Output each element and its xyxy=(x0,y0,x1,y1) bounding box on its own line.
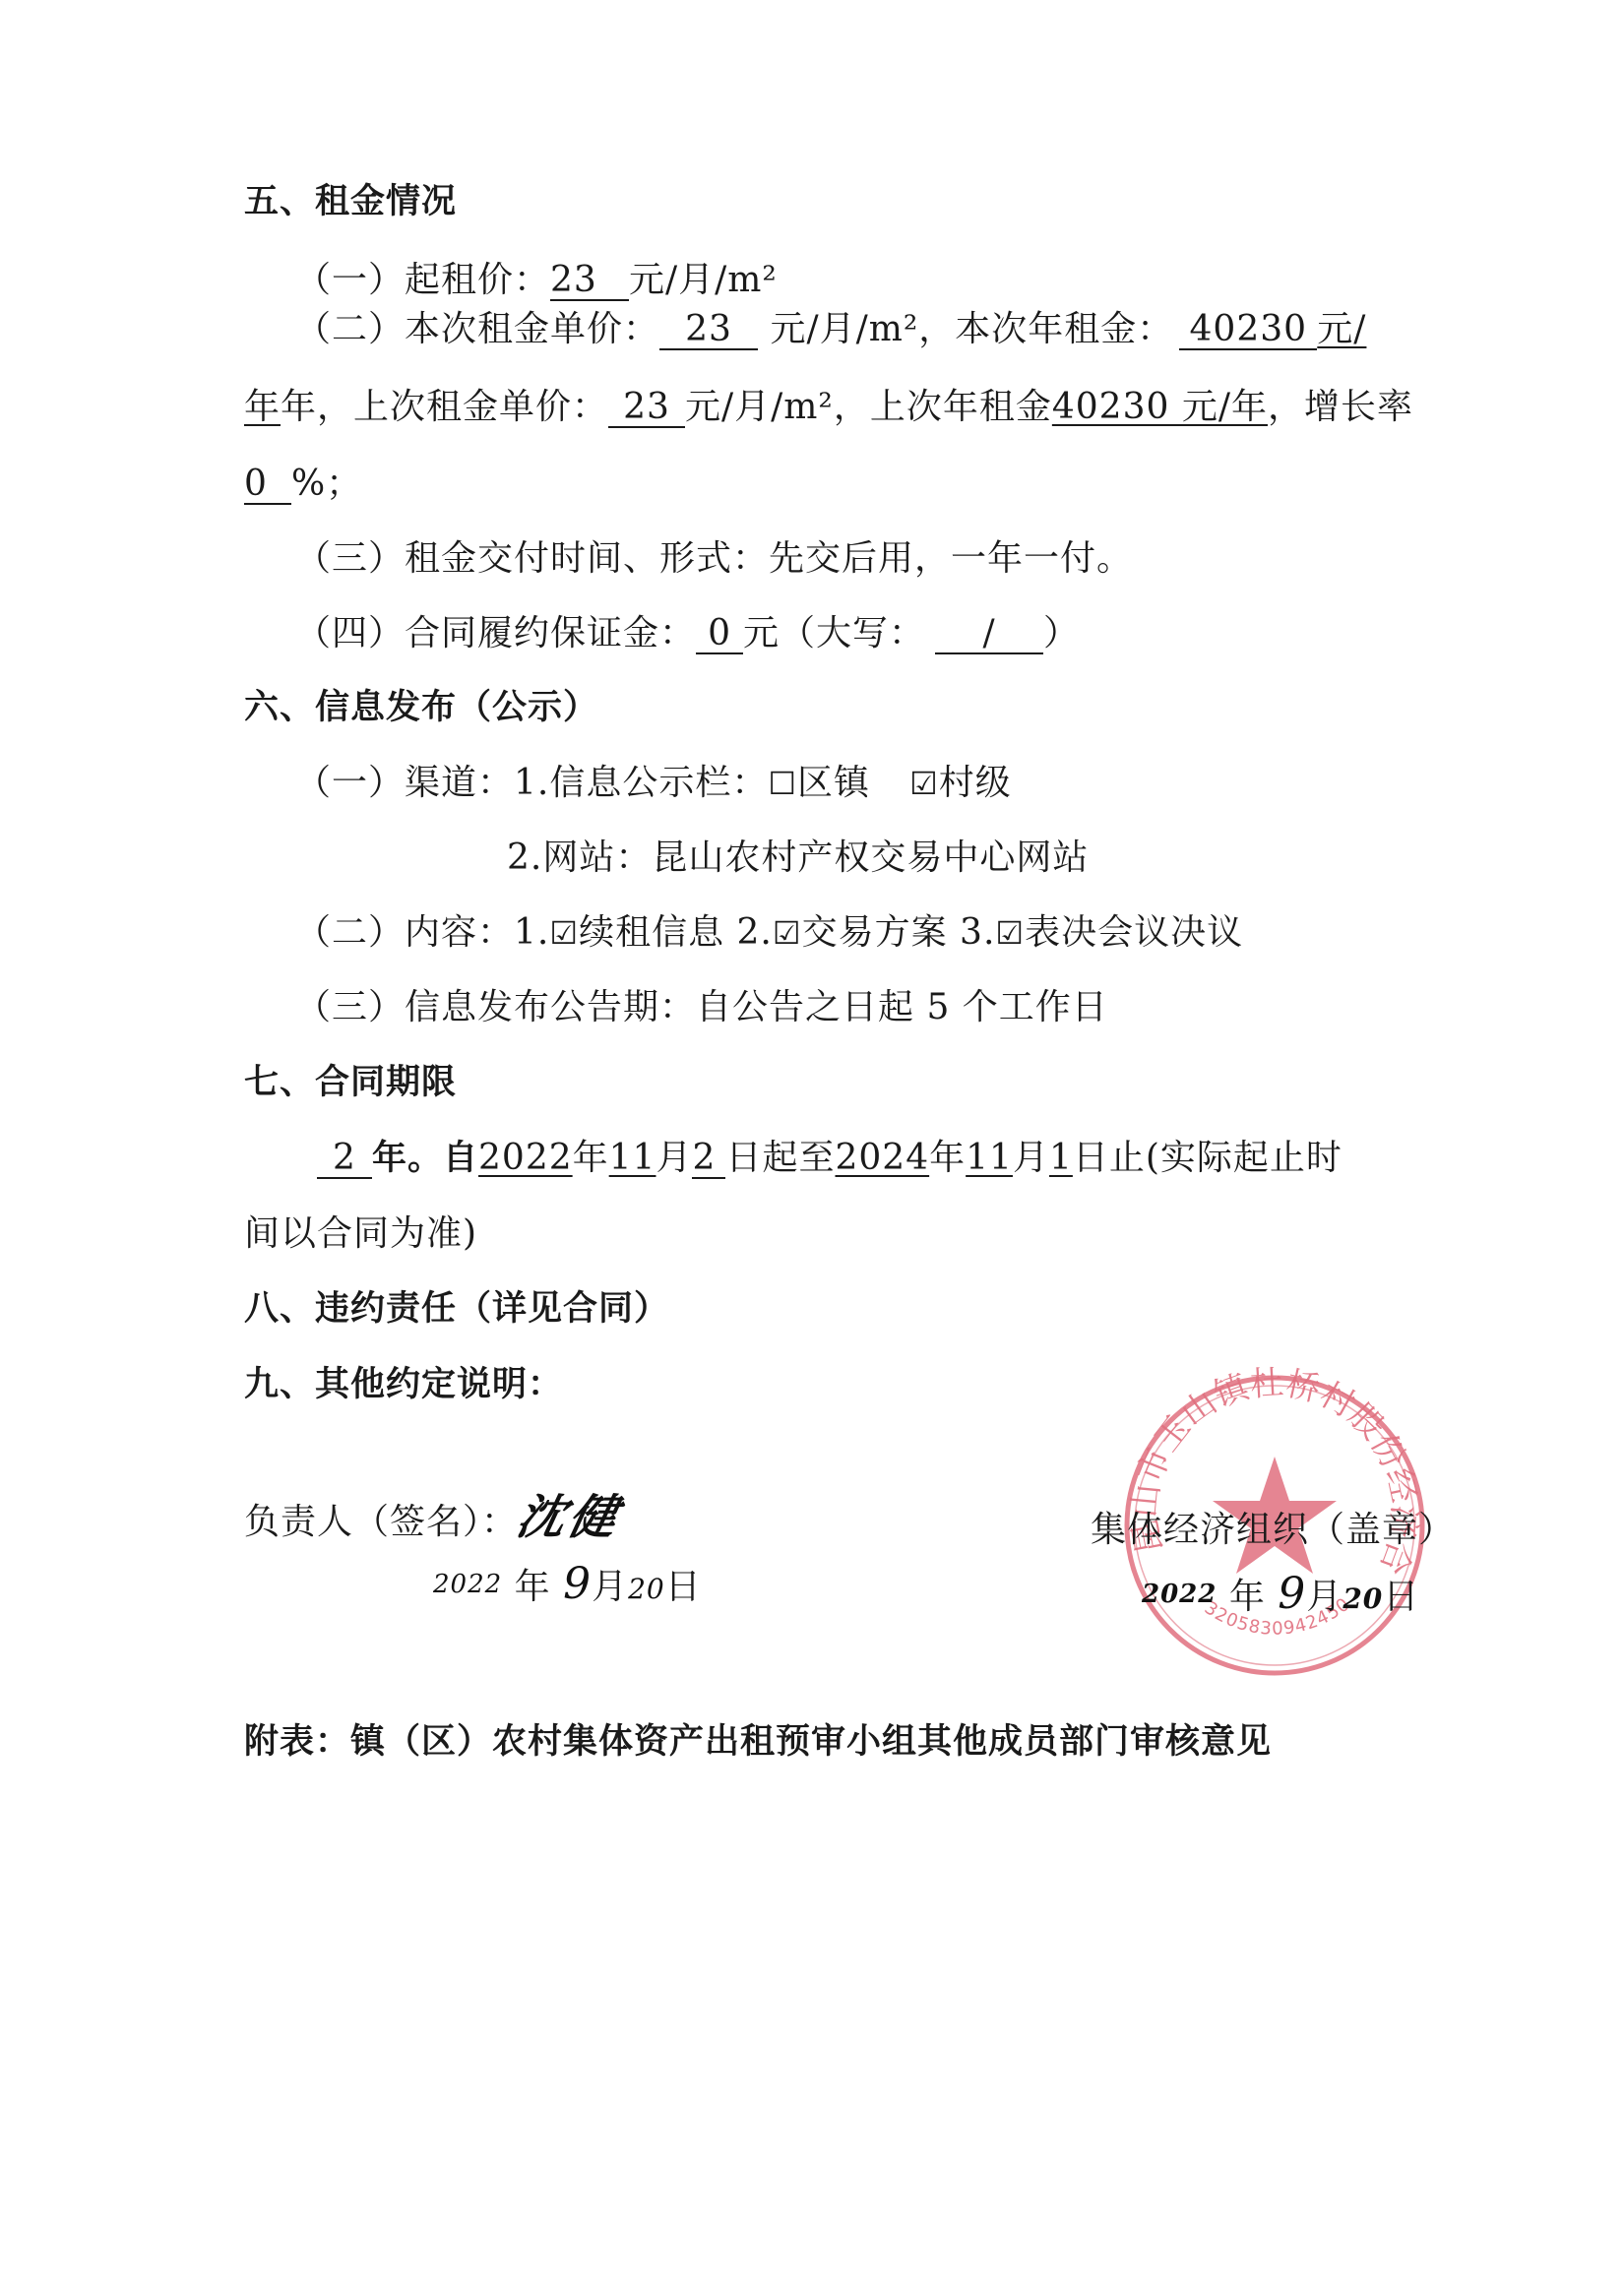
channels-label: （一）渠道：1.信息公示栏： xyxy=(295,763,768,803)
section-9-title: 九、其他约定说明： xyxy=(244,1363,563,1406)
growth-label: ，增长率 xyxy=(1268,387,1413,427)
document-page: 五、租金情况 （一）起租价：23元/月/m² （二）本次租金单价：23 元/月/… xyxy=(0,0,1624,2296)
contract-term-line-2: 间以合同为准) xyxy=(244,1212,477,1256)
appendix-title: 附表：镇（区）农村集体资产出租预审小组其他成员部门审核意见 xyxy=(244,1720,1272,1764)
date-text: 日 xyxy=(1383,1577,1419,1617)
content-item-num: 3. xyxy=(960,912,995,953)
right-date-year: 2022 xyxy=(1142,1580,1217,1609)
term-text: 月 xyxy=(1013,1138,1049,1178)
organization-seal-label: 集体经济组织（盖章） xyxy=(1091,1509,1455,1552)
left-date-year: 2022 xyxy=(433,1570,502,1599)
publication-period: （三）信息发布公告期：自公告之日起 5 个工作日 xyxy=(295,986,1108,1029)
starting-rent-unit: 元/月/m² xyxy=(629,260,778,300)
payment-terms: （三）租金交付时间、形式：先交后用，一年一付。 xyxy=(295,537,1133,581)
start-month: 11 xyxy=(609,1138,656,1178)
deposit-line: （四）合同履约保证金：0元（大写：/） xyxy=(295,612,1080,655)
content-item-resolution: 表决会议决议 xyxy=(1025,912,1243,953)
left-date-month: 9 xyxy=(563,1559,592,1609)
end-month: 11 xyxy=(966,1138,1013,1178)
checkbox-checked-icon[interactable]: ☑ xyxy=(773,911,802,955)
right-date-month: 9 xyxy=(1278,1569,1306,1619)
growth-rate: 0 xyxy=(244,465,291,505)
channel-option-village: 村级 xyxy=(939,763,1012,803)
deposit-words: / xyxy=(935,615,1043,654)
checkbox-checked-icon[interactable]: ☑ xyxy=(995,911,1025,955)
starting-rent-value: 23 xyxy=(550,262,629,301)
channels-line: （一）渠道：1.信息公示栏：☐区镇☑村级 xyxy=(295,762,1012,805)
start-day: 2 xyxy=(692,1140,725,1179)
left-date: 2022 年 9月20日 xyxy=(433,1563,702,1611)
term-years: 2 xyxy=(317,1140,372,1179)
section-7-title: 七、合同期限 xyxy=(244,1061,457,1104)
term-text: 年 xyxy=(573,1138,609,1178)
date-text: 月 xyxy=(1306,1577,1343,1617)
previous-rent-label: 年，上次租金单价： xyxy=(281,387,608,427)
responsible-person-line: 负责人（签名）：沈健 xyxy=(244,1496,620,1544)
right-date: 2022 年 9月20日 xyxy=(1142,1573,1419,1621)
term-text: 日起至 xyxy=(725,1138,835,1178)
content-item-num: 2. xyxy=(737,912,773,953)
contract-term-line: 2年。自2022年11月2日起至2024年11月1日止(实际起止时 xyxy=(317,1137,1343,1180)
current-rent-label: （二）本次租金单价： xyxy=(295,309,659,349)
growth-suffix: %； xyxy=(291,464,362,504)
content-label: （二）内容： xyxy=(295,912,514,953)
date-text: 年 xyxy=(515,1567,551,1607)
current-rent-line: （二）本次租金单价：23 元/月/m²，本次年租金：40230元/ xyxy=(295,308,1366,351)
previous-unit-text: 元/月/m²，上次年租金 xyxy=(685,387,1052,427)
end-year: 2024 xyxy=(836,1138,930,1178)
handwritten-signature: 沈健 xyxy=(513,1496,624,1539)
starting-rent-line: （一）起租价：23元/月/m² xyxy=(295,259,778,302)
end-day: 1 xyxy=(1049,1138,1073,1178)
deposit-close: ） xyxy=(1043,613,1080,653)
content-item-renewal: 续租信息 xyxy=(579,912,724,953)
start-year: 2022 xyxy=(478,1138,573,1178)
deposit-label: （四）合同履约保证金： xyxy=(295,613,696,653)
section-8-title: 八、违约责任（详见合同） xyxy=(244,1287,669,1331)
previous-annual-rent: 40230 元/年 xyxy=(1052,387,1268,427)
content-item-plan: 交易方案 xyxy=(802,912,948,953)
checkbox-checked-icon[interactable]: ☑ xyxy=(549,911,579,955)
term-text: 月 xyxy=(656,1138,692,1178)
previous-rent-line: 年年，上次租金单价：23元/月/m²，上次年租金40230 元/年，增长率 xyxy=(244,386,1413,429)
channel-option-town: 区镇 xyxy=(797,763,870,803)
responsible-person-label: 负责人（签名）： xyxy=(244,1502,518,1542)
year-char: 年 xyxy=(244,387,281,427)
deposit-unit: 元（大写： xyxy=(743,613,925,653)
date-text: 年 xyxy=(1229,1577,1266,1617)
current-unit-price: 23 xyxy=(659,311,758,350)
deposit-value: 0 xyxy=(696,615,743,654)
annual-unit: 元/ xyxy=(1317,309,1366,349)
right-date-day: 20 xyxy=(1343,1582,1383,1615)
date-text: 日 xyxy=(665,1567,702,1607)
section-5-title: 五、租金情况 xyxy=(244,180,457,223)
section-6-title: 六、信息发布（公示） xyxy=(244,686,598,729)
term-text: 年。自 xyxy=(372,1139,478,1178)
current-unit-text: 元/月/m²，本次年租金： xyxy=(770,309,1173,349)
left-date-day: 20 xyxy=(628,1573,665,1605)
date-text: 月 xyxy=(592,1567,628,1607)
term-text: 年 xyxy=(929,1138,966,1178)
current-annual-rent: 40230 xyxy=(1179,311,1317,350)
term-text: 日止(实际起止时 xyxy=(1073,1138,1343,1178)
content-item-num: 1. xyxy=(514,912,549,953)
previous-unit-price: 23 xyxy=(608,389,685,428)
checkbox-unchecked-icon[interactable]: ☐ xyxy=(768,762,797,805)
growth-rate-line: 0%； xyxy=(244,463,362,506)
content-line: （二）内容：1.☑续租信息 2.☑交易方案 3.☑表决会议决议 xyxy=(295,911,1243,955)
checkbox-checked-icon[interactable]: ☑ xyxy=(909,762,939,805)
starting-rent-label: （一）起租价： xyxy=(295,260,550,300)
website-line: 2.网站：昆山农村产权交易中心网站 xyxy=(507,837,1089,880)
